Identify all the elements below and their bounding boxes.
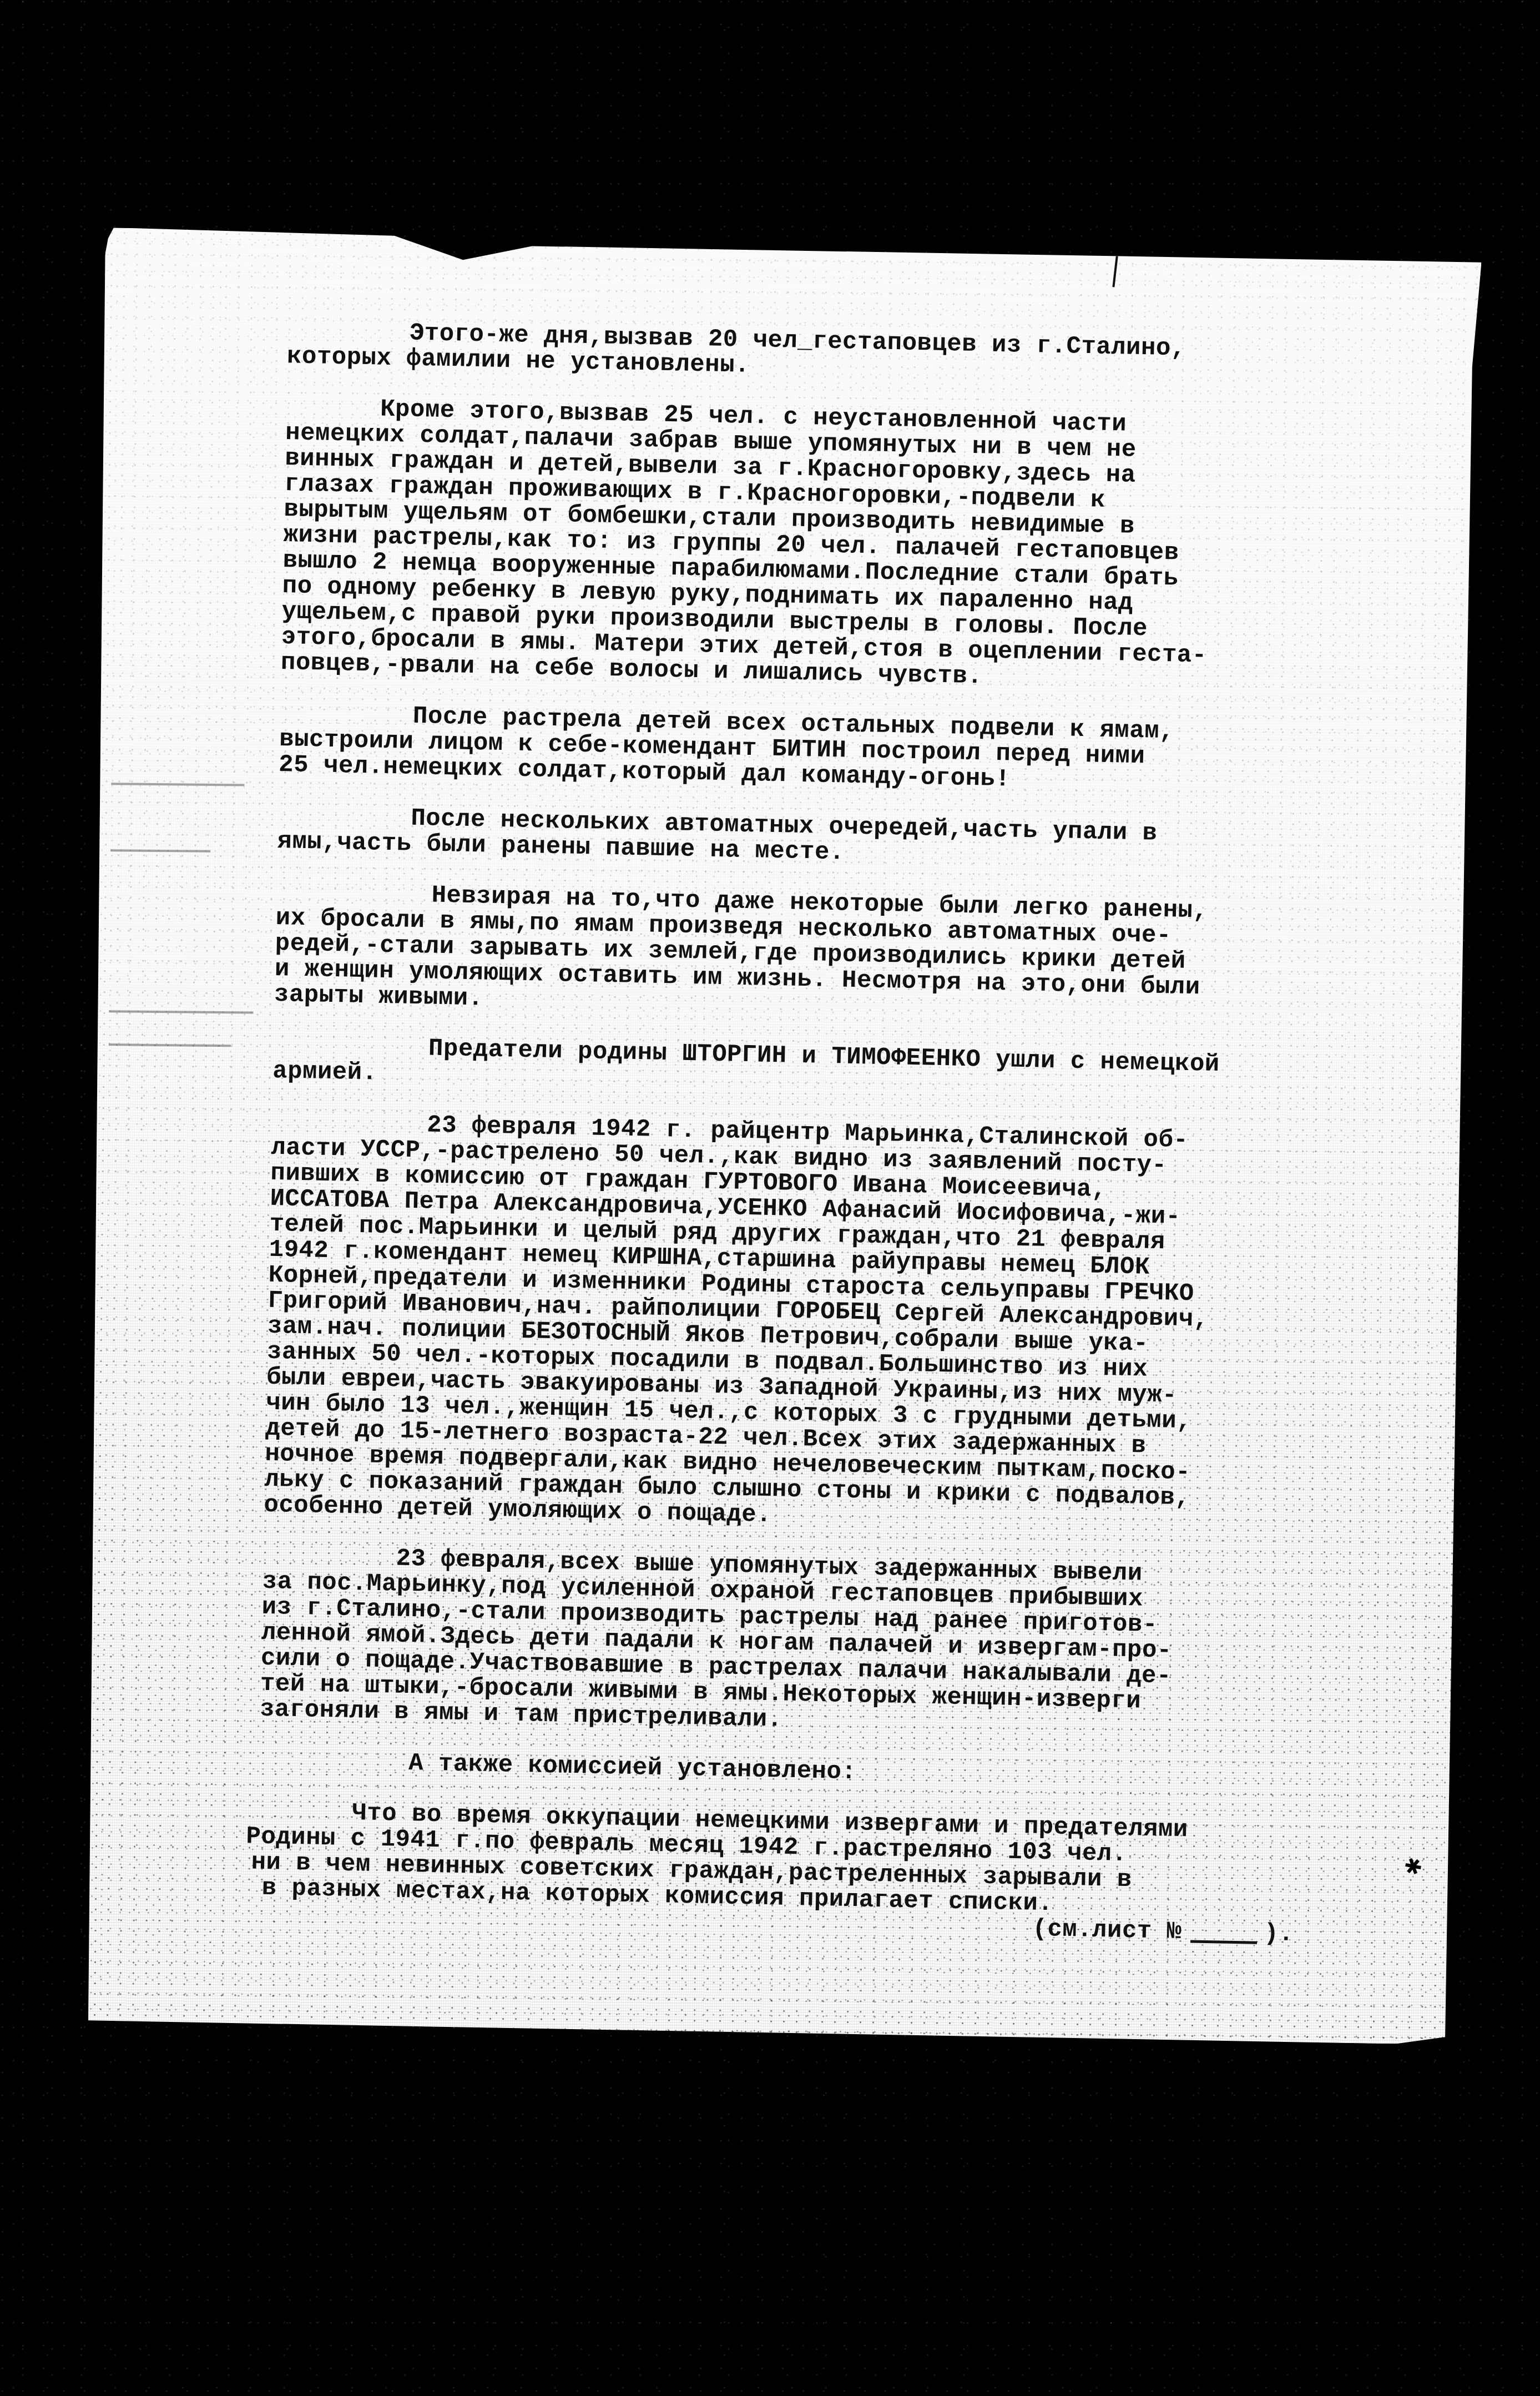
paragraph-7: 23 февраля 1942 г. райцентр Марьинка,Ста… [264,1109,1437,1541]
paragraph-3: После растрела детей всех остальных подв… [279,701,1445,801]
paragraph-4: После нескольких автоматных очередей,час… [277,803,1443,877]
paragraph-1: Этого-же дня,вызвав 20 чел_гестаповцев и… [287,318,1453,392]
document-page: Этого-же дня,вызвав 20 чел_гестаповцев и… [88,228,1482,2045]
blank-sheet-number-field [1190,1940,1257,1944]
margin-bleedthrough-mark [110,849,210,853]
section-heading: А также комиссией установлено: [259,1748,1425,1797]
margin-bleedthrough-mark [109,1043,231,1047]
margin-bleedthrough-mark [111,783,244,786]
paragraph-8: 23 февраля,всех выше упомянутых задержан… [260,1543,1428,1746]
paragraph-2: Кроме этого,вызвав 25 чел. с неустановле… [281,395,1452,699]
final-paragraph: Что во время оккупации немецкими изверга… [255,1799,1423,1950]
paragraph-6: Предатели родины ШТОРГИН и ТИМОФЕЕНКО уш… [272,1033,1438,1107]
document-body: Этого-же дня,вызвав 20 чел_гестаповцев и… [255,318,1453,1972]
paragraph-5: Невзирая на то,что даже некоторые были л… [274,880,1442,1031]
section-heading-block: А также комиссией установлено: [259,1748,1425,1797]
reference-suffix: ). [1264,1920,1294,1948]
reference-prefix: (см.лист № [1032,1915,1182,1946]
margin-bleedthrough-mark [109,1010,253,1013]
